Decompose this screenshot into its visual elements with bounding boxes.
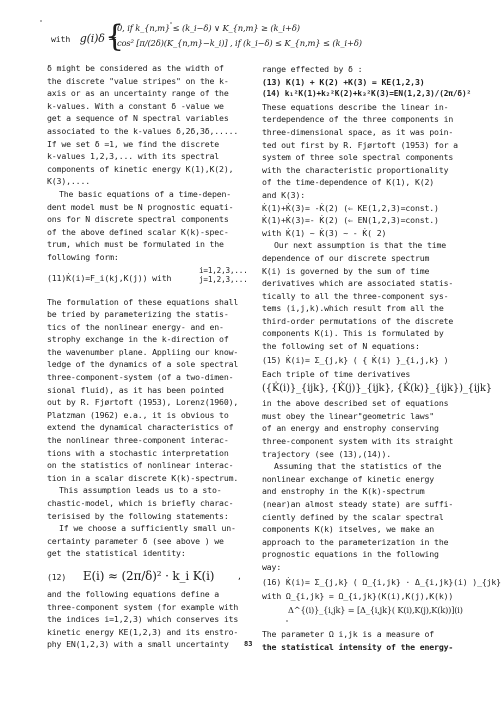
eq11-text: (11)K̇(i)=F_i(kj,K(j)) with — [47, 272, 171, 285]
equation-12: (12) E(i) ≈ (2π/δ)² · k_i K(i) , — [47, 564, 262, 588]
text-line: get a sequence of N spectral variables — [47, 112, 262, 125]
text-line: trajectory (see (13),(14)). — [262, 448, 494, 461]
text-line: ledge of the dynamics of a sole spectral — [47, 358, 262, 371]
page-number: 83 — [244, 640, 252, 648]
scan-speck — [286, 620, 288, 622]
text-line: tics of the nonlinear energy- and en- — [47, 321, 262, 334]
text-line: and the following equations define a — [47, 588, 262, 601]
right-column: range effected by δ : (13) K(1) + K(2) +… — [262, 63, 494, 653]
text-line: be tried by parameterizing the statis- — [47, 308, 262, 321]
text-line: This assumption leads us to a sto- — [47, 484, 262, 497]
text-line: in the above described set of equations — [262, 397, 494, 410]
paper-page: with g(i)δ = { 0, if k_{n,m} ≤ (k_i−δ) ∨… — [0, 0, 504, 704]
text-line: the following set of N equations: — [262, 340, 494, 353]
eq11-cond-j: j=1,2,3,... — [199, 275, 248, 284]
equation-14: (14) k₁²K(1)+k₂²K(2)+k₃²K(3)=EN(1,2,3)/(… — [262, 88, 494, 101]
text-line: of an energy and enstrophy conserving — [262, 422, 494, 435]
with-label: with — [51, 34, 70, 44]
triple-derivatives: ({K̇(i)}_{ijk}, {K̇(j)}_{ijk}, {K̇(k)}_{… — [262, 380, 494, 397]
text-line: ons for N discrete spectral components — [47, 213, 262, 226]
text-line: components of kinetic energy K(1),K(2), — [47, 163, 262, 176]
text-line: get the statistical identity: — [47, 547, 262, 560]
text-line: derivatives which are associated statis- — [262, 277, 494, 290]
text-line: chastic-model, which is briefly charac- — [47, 497, 262, 510]
text-line: The parameter Ω i,jk is a measure of — [262, 628, 494, 641]
time-equation: K̇(1)+K̇(3)= -K̇(2) (⇐ KE(1,2,3)=const.) — [262, 202, 494, 215]
time-equation: with K̇(1) ~ K̇(3) ~ - K̇( 2) — [262, 227, 494, 240]
text-line: tems (i,j,k).which result from all the — [262, 302, 494, 315]
text-line: range effected by δ : — [262, 63, 494, 76]
text-line: of the above defined scalar K(k)-spec- — [47, 226, 262, 239]
text-line: Our next assumption is that the time — [262, 239, 494, 252]
text-line: Each triple of time derivatives — [262, 368, 494, 381]
text-line: axis or as an uncertainty range of the — [47, 87, 262, 100]
text-line: three-component-system (of a two-dimen- — [47, 371, 262, 384]
text-line: sional fluid), as it has been pointed — [47, 384, 262, 397]
text-line: dependence of our discrete spectrum — [262, 252, 494, 265]
scan-speck — [170, 22, 172, 24]
text-line: three-component system with its straight — [262, 435, 494, 448]
eq11-cond-i: i=1,2,3,... — [199, 266, 248, 275]
text-line: certainty parameter δ (see above ) we — [47, 535, 262, 548]
text-line: K(3),.... — [47, 175, 262, 188]
text-line: three-dimensional space, as it was poin- — [262, 126, 494, 139]
text-line: ted out first by R. Fjørtoft (1953) for … — [262, 139, 494, 152]
text-line: phy EN(1,2,3) with a small uncertainty — [47, 638, 262, 651]
text-line: on the statistics of nonlinear interac- — [47, 459, 262, 472]
text-line: δ might be considered as the width of — [47, 62, 262, 75]
text-line: dent model must be N prognostic equati- — [47, 201, 262, 214]
equation-16-omega: with Ω_{i,jk} = Ω_{i,jk}(K(i),K(j),K(k)) — [262, 590, 494, 603]
eq12-comma: , — [237, 564, 242, 588]
text-line: approach to the parameterization in the — [262, 536, 494, 549]
equation-15: (15) K̇(i)= Σ_{j,k} ( { K̇(i) }_{i,j,k} … — [262, 353, 494, 368]
equation-13: (13) K(1) + K(2) +K(3) = KE(1,2,3) — [262, 76, 494, 89]
text-line: If we set δ =1, we find the discrete — [47, 138, 262, 151]
formula-case-1: 0, if k_{n,m} ≤ (k_i−δ) ∨ K_{n,m} ≥ (k_i… — [117, 22, 300, 35]
text-line: tion in a scalar discrete K(k)-spectrum. — [47, 472, 262, 485]
text-line: three-component system (for example with — [47, 601, 262, 614]
scan-speck — [40, 20, 42, 22]
text-line: the indices i=1,2,3) which conserves its — [47, 613, 262, 626]
text-line: Assuming that the statistics of the — [262, 460, 494, 473]
text-line: system of three sole spectral components — [262, 151, 494, 164]
text-line: terdependence of the three components in — [262, 113, 494, 126]
equation-16-delta: Δ^{(i)}_{i,jk} = [Δ_{i,jk}( K(i),K(j),K(… — [262, 602, 494, 618]
text-line: tically to all the three-component sys- — [262, 290, 494, 303]
text-line: the nonlinear three-component interac- — [47, 434, 262, 447]
text-line: k-values 1,2,3,... with its spectral — [47, 150, 262, 163]
text-line: the discrete "value stripes" on the k- — [47, 75, 262, 88]
equation-11: (11)K̇(i)=F_i(kj,K(j)) with i=1,2,3,... … — [47, 266, 262, 290]
text-line: and enstrophy in the K(k)-spectrum — [262, 485, 494, 498]
text-line: with the characteristic proportionality — [262, 164, 494, 177]
text-line: the wavenumber plane. Appliing our know- — [47, 346, 262, 359]
text-line: trum, which must be formulated in the — [47, 238, 262, 251]
text-line: of the time-dependence of K(1), K(2) — [262, 176, 494, 189]
text-line: extend the dynamical characteristics of — [47, 421, 262, 434]
eq12-formula: E(i) ≈ (2π/δ)² · k_i K(i) — [83, 569, 214, 583]
text-line: strophy exchange in the k-direction of — [47, 333, 262, 346]
text-line: nonlinear exchange of kinetic energy — [262, 473, 494, 486]
text-line: associated to the k-values δ,2δ,3δ,..... — [47, 125, 262, 138]
eq12-number: (12) — [47, 572, 66, 582]
text-line: K(i) is governed by the sum of time — [262, 265, 494, 278]
g-definition-formula: with g(i)δ = { 0, if k_{n,m} ≤ (k_i−δ) ∨… — [47, 16, 262, 62]
text-line: following form: — [47, 251, 262, 264]
text-line: The formulation of these equations shall — [47, 296, 262, 309]
text-line: must obey the linear"geometric laws" — [262, 410, 494, 423]
text-line: out by R. Fjørtoft (1953), Lorenz(1960), — [47, 396, 262, 409]
text-line: components K(i). This is formulated by — [262, 327, 494, 340]
text-line: kinetic energy KE(1,2,3) and its enstro- — [47, 626, 262, 639]
time-equation: K̇(1)+K̇(3)=- K̇(2) (⇐ EN(1,2,3)=const.) — [262, 214, 494, 227]
text-line: ciently defined by the scalar spectral — [262, 511, 494, 524]
text-line: Platzman (1962) e.a., it is obvious to — [47, 409, 262, 422]
text-line: If we choose a sufficiently small un- — [47, 522, 262, 535]
text-line: way: — [262, 561, 494, 574]
text-line: The basic equations of a time-depen- — [47, 188, 262, 201]
text-line: terisised by the following statements: — [47, 510, 262, 523]
text-line: k-values. With a constant δ -value we — [47, 100, 262, 113]
text-line: prognostic equations in the following — [262, 548, 494, 561]
formula-case-2: cos² [π/(2δ)(K_{n,m}−k_i)] , if (k_i−δ) … — [117, 37, 362, 50]
text-line: tions with a stochastic interpretation — [47, 447, 262, 460]
text-line: components K(k) itselves, we make an — [262, 523, 494, 536]
left-column: with g(i)δ = { 0, if k_{n,m} ≤ (k_i−δ) ∨… — [47, 16, 262, 651]
text-line: (near)an almost steady state) are suffi- — [262, 498, 494, 511]
text-line: and K(3): — [262, 189, 494, 202]
text-line: third-order permutations of the discrete — [262, 315, 494, 328]
text-line: the statistical intensity of the energy- — [262, 641, 494, 654]
text-line: These equations describe the linear in- — [262, 101, 494, 114]
equation-16: (16) K̇(i)= Σ_{j,k} ( Ω_{i,jk} · Δ_{i,jk… — [262, 574, 494, 590]
